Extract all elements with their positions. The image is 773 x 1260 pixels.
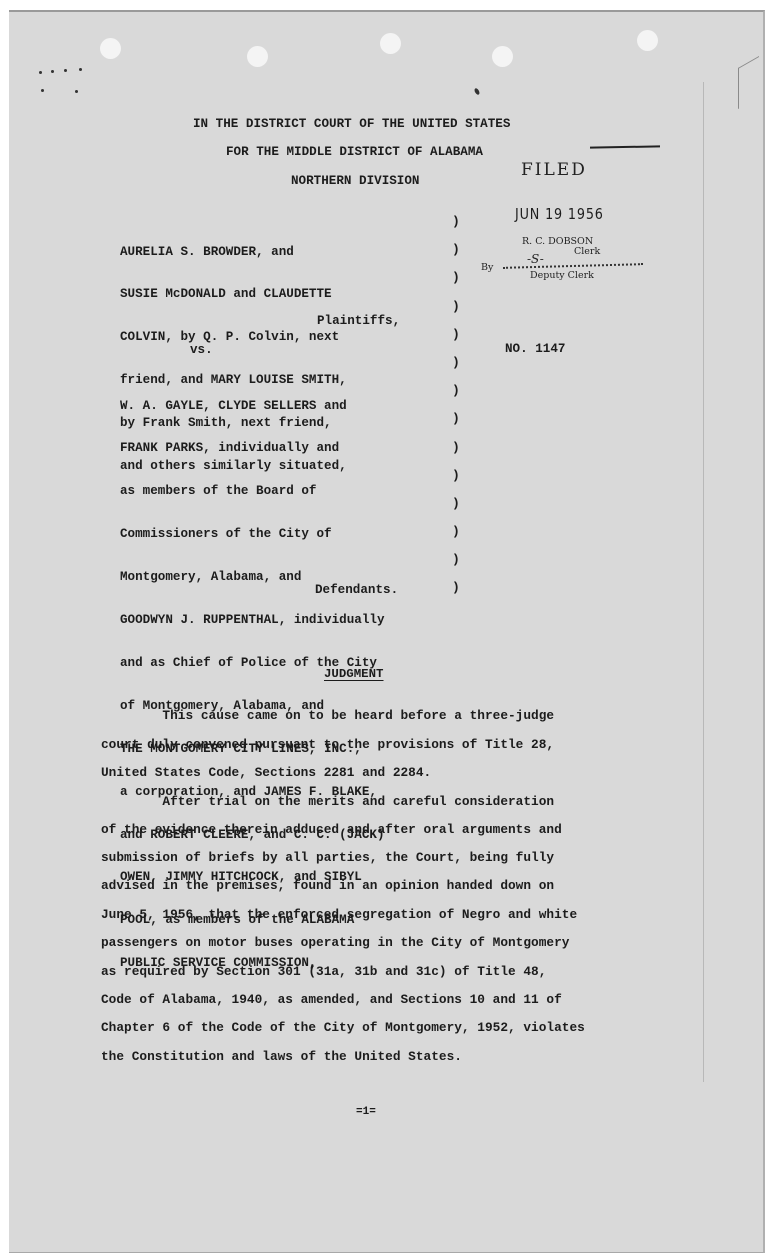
punch-hole xyxy=(380,33,401,54)
ink-speck xyxy=(39,71,42,74)
punch-hole xyxy=(100,38,121,59)
paragraph-line: the Constitution and laws of the United … xyxy=(101,1050,462,1064)
defendant-line: as members of the Board of xyxy=(120,484,385,498)
paragraph-line: advised in the premises, found in an opi… xyxy=(101,879,554,893)
defendant-line: Commissioners of the City of xyxy=(120,527,385,541)
paragraph-line: submission of briefs by all parties, the… xyxy=(101,851,554,865)
paren: ) xyxy=(452,440,460,468)
paren: ) xyxy=(452,411,460,439)
vs-label: vs. xyxy=(190,343,213,357)
paragraph-line: United States Code, Sections 2281 and 22… xyxy=(101,766,431,780)
paren: ) xyxy=(452,580,460,608)
paragraph-line: Chapter 6 of the Code of the City of Mon… xyxy=(101,1021,585,1035)
punch-hole xyxy=(247,46,268,67)
paragraph-line: passengers on motor buses operating in t… xyxy=(101,936,569,950)
paren: ) xyxy=(452,270,460,298)
paragraph-line: court duly convened pursuant to the prov… xyxy=(101,738,554,752)
page-number: =1= xyxy=(356,1106,376,1118)
defendant-line: FRANK PARKS, individually and xyxy=(120,441,385,455)
judgment-title: JUDGMENT xyxy=(324,667,384,681)
paren: ) xyxy=(452,383,460,411)
paragraph-line: After trial on the merits and careful co… xyxy=(101,795,554,809)
ink-speck xyxy=(79,68,82,71)
filed-stamp-date: JUN 19 1956 xyxy=(515,205,604,223)
paragraph-line: Code of Alabama, 1940, as amended, and S… xyxy=(101,993,562,1007)
paren: ) xyxy=(452,242,460,270)
punch-hole xyxy=(492,46,513,67)
paren: ) xyxy=(452,355,460,383)
court-header-line3: NORTHERN DIVISION xyxy=(291,174,419,188)
ink-speck xyxy=(41,89,44,92)
paren: ) xyxy=(452,496,460,524)
paren: ) xyxy=(452,468,460,496)
punch-hole xyxy=(637,30,658,51)
clerk-title: Clerk xyxy=(574,246,600,257)
paragraph-line: This cause came on to be heard before a … xyxy=(101,709,554,723)
ink-speck xyxy=(474,87,481,95)
defendant-line: W. A. GAYLE, CLYDE SELLERS and xyxy=(120,399,385,413)
paren: ) xyxy=(452,552,460,580)
defendant-line: GOODWYN J. RUPPENTHAL, individually xyxy=(120,613,385,627)
plaintiffs-label: Plaintiffs, xyxy=(317,314,400,328)
paren: ) xyxy=(452,327,460,355)
paragraph-line: as required by Section 301 (31a, 31b and… xyxy=(101,965,546,979)
paren: ) xyxy=(452,214,460,242)
filed-stamp-label: FILED xyxy=(521,160,587,180)
paragraph-line: of the evidence therein adduced and afte… xyxy=(101,823,562,837)
ink-speck xyxy=(64,69,67,72)
court-header-line2: FOR THE MIDDLE DISTRICT OF ALABAMA xyxy=(226,145,483,159)
margin-line xyxy=(703,82,704,1082)
page-fold-mark xyxy=(738,56,759,109)
ink-speck xyxy=(51,70,54,73)
clerk-initial: -S- xyxy=(527,252,544,266)
plaintiff-line: COLVIN, by Q. P. Colvin, next xyxy=(120,330,347,344)
paren: ) xyxy=(452,299,460,327)
defendants-label: Defendants. xyxy=(315,583,398,597)
deputy-clerk-label: Deputy Clerk xyxy=(530,270,594,281)
caption-parentheses: ) ) ) ) ) ) ) ) ) ) ) ) ) ) xyxy=(452,214,460,609)
plaintiff-line: AURELIA S. BROWDER, and xyxy=(120,245,347,259)
ink-speck xyxy=(75,90,78,93)
paren: ) xyxy=(452,524,460,552)
by-label: By xyxy=(481,262,493,273)
case-number: NO. 1147 xyxy=(505,342,565,356)
paragraph-line: June 5, 1956, that the enforced segregat… xyxy=(101,908,577,922)
plaintiff-line: SUSIE McDONALD and CLAUDETTE xyxy=(120,287,347,301)
court-header-line1: IN THE DISTRICT COURT OF THE UNITED STAT… xyxy=(193,117,510,131)
